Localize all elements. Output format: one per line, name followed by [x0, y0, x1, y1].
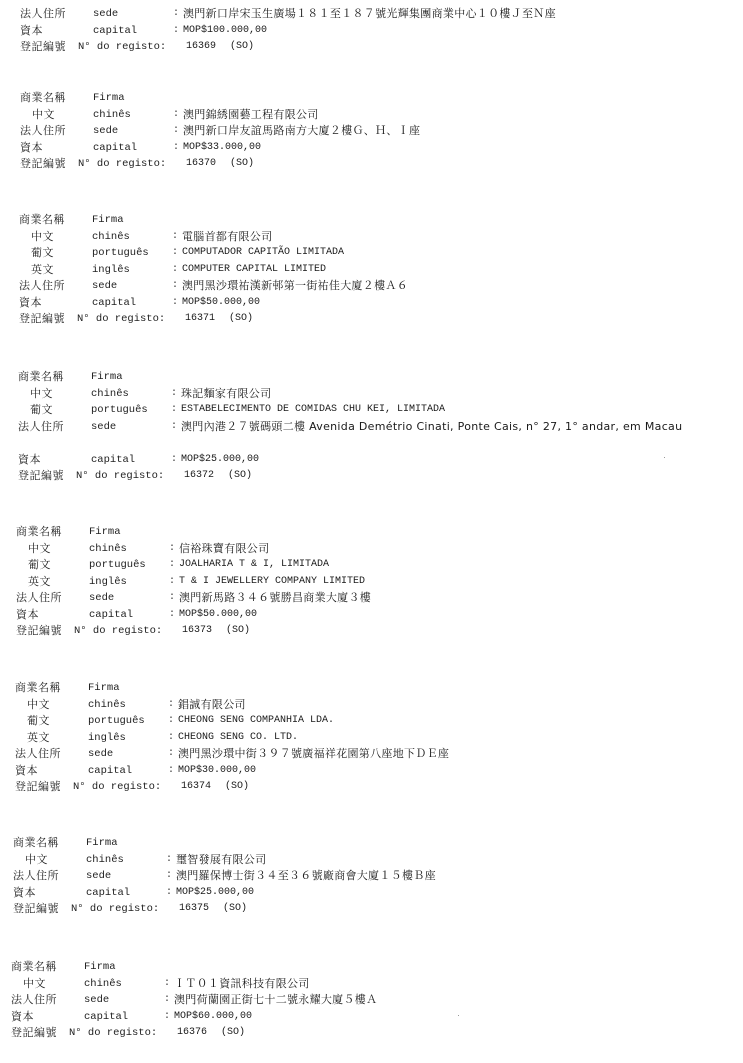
capital-value: MOP$25.000,00: [181, 452, 259, 469]
chines-label-zh: 中文: [31, 229, 54, 246]
chines-label-pt: chinês: [89, 541, 127, 558]
sede-label-zh: 法人住所: [13, 868, 59, 885]
registo-label-zh: 登記編號: [16, 623, 62, 640]
colon: :: [171, 452, 177, 469]
registo-row: 登記編號 N° do registo: 16370(SO): [20, 156, 743, 173]
firma-row: 商業名稱 Firma: [20, 90, 743, 107]
colon: :: [173, 140, 179, 157]
portugues-row: 葡文 português : JOALHARIA T & I, LIMITADA: [16, 557, 743, 574]
capital-label-zh: 資本: [19, 295, 42, 312]
registo-label-pt: N° do registo:: [74, 623, 162, 640]
registo-suffix: (SO): [225, 781, 249, 792]
colon: :: [172, 295, 178, 312]
firma-label-pt: Firma: [86, 835, 118, 852]
firma-label-zh: 商業名稱: [20, 90, 66, 107]
registo-suffix: (SO): [230, 158, 254, 169]
sede-label-pt: sede: [92, 278, 117, 295]
registo-label-pt: N° do registo:: [69, 1025, 157, 1042]
sede-value: 澳門新口岸宋玉生廣場１８１至１８７號光輝集團商業中心１０樓Ｊ至Ｎ座: [183, 6, 556, 23]
company-entry-16372: 商業名稱 Firma 中文 chinês : 珠記麵家有限公司 葡文 portu…: [18, 369, 743, 485]
sede-label-pt: sede: [93, 6, 118, 23]
portugues-label-zh: 葡文: [30, 402, 53, 419]
capital-label-zh: 資本: [16, 607, 39, 624]
registo-suffix: (SO): [221, 1027, 245, 1038]
sede-value: 澳門新口岸友誼馬路南方大廈２樓Ｇ、Ｈ、Ｉ座: [183, 123, 420, 140]
capital-label-pt: capital: [88, 763, 132, 780]
ingles-label-zh: 英文: [27, 730, 50, 747]
capital-label-pt: capital: [86, 885, 130, 902]
sede-label-pt: sede: [84, 992, 109, 1009]
colon: :: [166, 868, 172, 885]
registo-label-pt: N° do registo:: [71, 901, 159, 918]
registo-label-zh: 登記編號: [15, 779, 61, 796]
registo-label-pt: N° do registo:: [78, 39, 166, 56]
sede-label-zh: 法人住所: [20, 6, 66, 23]
firma-label-pt: Firma: [92, 212, 124, 229]
firma-label-pt: Firma: [93, 90, 125, 107]
colon: :: [173, 107, 179, 124]
ingles-label-pt: inglês: [92, 262, 130, 279]
capital-label-pt: capital: [92, 295, 136, 312]
registo-suffix: (SO): [223, 903, 247, 914]
company-entry-16373: 商業名稱 Firma 中文 chinês : 信裕珠寶有限公司 葡文 portu…: [16, 524, 743, 640]
sede-label-zh: 法人住所: [20, 123, 66, 140]
registo-number: 16371(SO): [185, 311, 253, 328]
portugues-value: COMPUTADOR CAPITÃO LIMITADA: [182, 245, 344, 262]
chines-label-zh: 中文: [32, 107, 55, 124]
colon: :: [169, 541, 175, 558]
chines-value: 信裕珠寶有限公司: [179, 541, 269, 558]
firma-label-pt: Firma: [89, 524, 121, 541]
portugues-label-zh: 葡文: [31, 245, 54, 262]
colon: :: [173, 23, 179, 40]
colon: :: [173, 6, 179, 23]
registo-row: 登記編號 N° do registo: 16375(SO): [13, 901, 743, 918]
colon: :: [171, 402, 177, 419]
capital-row: 資本 capital : MOP$50.000,00: [19, 295, 743, 312]
firma-row: 商業名稱 Firma: [11, 959, 741, 976]
registo-label-zh: 登記編號: [13, 901, 59, 918]
colon: :: [172, 262, 178, 279]
capital-value: MOP$25.000,00: [176, 885, 254, 902]
chines-row: 中文 chinês : 珠記麵家有限公司: [18, 386, 743, 403]
sede-value: 澳門新馬路３４６號勝昌商業大廈３樓: [179, 590, 371, 607]
registo-row: 登記編號 N° do registo: 16373(SO): [16, 623, 743, 640]
firma-label-pt: Firma: [84, 959, 116, 976]
registo-label-pt: N° do registo:: [76, 468, 164, 485]
portugues-row: 葡文 português : COMPUTADOR CAPITÃO LIMITA…: [19, 245, 743, 262]
colon: :: [172, 245, 178, 262]
portugues-row: 葡文 português : CHEONG SENG COMPANHIA LDA…: [15, 713, 743, 730]
registo-label-zh: 登記編號: [18, 468, 64, 485]
chines-row: 中文 chinês : 錩誠有限公司: [15, 697, 743, 714]
capital-row: 資本 capital : MOP$33.000,00: [20, 140, 743, 157]
colon: :: [164, 976, 170, 993]
portugues-label-pt: português: [91, 402, 148, 419]
ingles-label-pt: inglês: [88, 730, 126, 747]
registo-number: 16370(SO): [186, 156, 254, 173]
portugues-label-pt: português: [92, 245, 149, 262]
sede-value: 澳門內港２７號碼頭二樓 Avenida Demétrio Cinati, Pon…: [181, 419, 721, 436]
sede-row: 法人住所 sede : 澳門荷蘭園正街七十二號永耀大廈５樓Ａ: [11, 992, 741, 1009]
ingles-label-zh: 英文: [28, 574, 51, 591]
registo-label-zh: 登記編號: [11, 1025, 57, 1042]
colon: :: [168, 763, 174, 780]
registo-label-zh: 登記編號: [20, 39, 66, 56]
colon: :: [169, 590, 175, 607]
colon: :: [173, 123, 179, 140]
firma-label-zh: 商業名稱: [11, 959, 57, 976]
colon: :: [166, 852, 172, 869]
colon: :: [164, 992, 170, 1009]
portugues-row: 葡文 português : ESTABELECIMENTO DE COMIDA…: [18, 402, 743, 419]
registo-suffix: (SO): [226, 625, 250, 636]
registo-row: 登記編號 N° do registo: 16374(SO): [15, 779, 743, 796]
firma-label-zh: 商業名稱: [16, 524, 62, 541]
chines-value: 璽智發展有限公司: [176, 852, 266, 869]
ingles-value: COMPUTER CAPITAL LIMITED: [182, 262, 326, 279]
chines-label-zh: 中文: [28, 541, 51, 558]
chines-row: 中文 chinês : 信裕珠寶有限公司: [16, 541, 743, 558]
capital-value: MOP$50.000,00: [179, 607, 257, 624]
registo-label-zh: 登記編號: [20, 156, 66, 173]
firma-label-zh: 商業名稱: [15, 680, 61, 697]
firma-row: 商業名稱 Firma: [15, 680, 743, 697]
firma-label-zh: 商業名稱: [13, 835, 59, 852]
colon: :: [169, 557, 175, 574]
company-entry-16370: 商業名稱 Firma 中文 chinês : 澳門錦綉園藝工程有限公司 法人住所…: [20, 90, 743, 173]
sede-label-zh: 法人住所: [18, 419, 64, 436]
registo-number: 16376(SO): [177, 1025, 245, 1042]
registo-number: 16373(SO): [182, 623, 250, 640]
sede-value: 澳門荷蘭園正街七十二號永耀大廈５樓Ａ: [174, 992, 377, 1009]
ingles-value: CHEONG SENG CO. LTD.: [178, 730, 298, 747]
capital-label-zh: 資本: [20, 23, 43, 40]
capital-row: 資本 capital : MOP$25.000,00: [18, 452, 743, 469]
sede-row: 法人住所 sede : 澳門新馬路３４６號勝昌商業大廈３樓: [16, 590, 743, 607]
capital-label-zh: 資本: [15, 763, 38, 780]
chines-label-zh: 中文: [30, 386, 53, 403]
sede-label-pt: sede: [93, 123, 118, 140]
colon: :: [172, 229, 178, 246]
company-entry-16371: 商業名稱 Firma 中文 chinês : 電腦首都有限公司 葡文 portu…: [19, 212, 743, 328]
capital-row: 資本 capital : MOP$100.000,00: [20, 23, 743, 40]
capital-label-zh: 資本: [13, 885, 36, 902]
chines-row: 中文 chinês : 電腦首都有限公司: [19, 229, 743, 246]
scan-speck: [458, 1015, 459, 1016]
ingles-label-zh: 英文: [31, 262, 54, 279]
capital-value: MOP$33.000,00: [183, 140, 261, 157]
chines-row: 中文 chinês : 澳門錦綉園藝工程有限公司: [20, 107, 743, 124]
firma-row: 商業名稱 Firma: [19, 212, 743, 229]
sede-row: 法人住所 sede : 澳門新口岸友誼馬路南方大廈２樓Ｇ、Ｈ、Ｉ座: [20, 123, 743, 140]
chines-label-pt: chinês: [88, 697, 126, 714]
chines-label-zh: 中文: [25, 852, 48, 869]
registo-number: 16374(SO): [181, 779, 249, 796]
chines-row: 中文 chinês : ＩＴ０１資訊科技有限公司: [11, 976, 741, 993]
firma-label-zh: 商業名稱: [18, 369, 64, 386]
ingles-label-pt: inglês: [89, 574, 127, 591]
sede-label-pt: sede: [89, 590, 114, 607]
capital-value: MOP$50.000,00: [182, 295, 260, 312]
registo-number: 16372(SO): [184, 468, 252, 485]
sede-value: 澳門羅保博士街３４至３６號廠商會大廈１５樓Ｂ座: [176, 868, 436, 885]
colon: :: [169, 607, 175, 624]
capital-row: 資本 capital : MOP$50.000,00: [16, 607, 743, 624]
sede-row: 法人住所 sede : 澳門羅保博士街３４至３６號廠商會大廈１５樓Ｂ座: [13, 868, 743, 885]
chines-row: 中文 chinês : 璽智發展有限公司: [13, 852, 743, 869]
firma-label-pt: Firma: [88, 680, 120, 697]
sede-value: 澳門黑沙環祐漢新邨第一街祐佳大廈２樓Ａ６: [182, 278, 408, 295]
registo-label-pt: N° do registo:: [77, 311, 165, 328]
sede-label-zh: 法人住所: [16, 590, 62, 607]
portugues-label-pt: português: [89, 557, 146, 574]
capital-label-zh: 資本: [18, 452, 41, 469]
chines-value: ＩＴ０１資訊科技有限公司: [174, 976, 310, 993]
sede-label-zh: 法人住所: [19, 278, 65, 295]
sede-row: 法人住所 sede : 澳門新口岸宋玉生廣場１８１至１８７號光輝集團商業中心１０…: [20, 6, 743, 23]
chines-value: 電腦首都有限公司: [182, 229, 272, 246]
capital-label-pt: capital: [89, 607, 133, 624]
colon: :: [169, 574, 175, 591]
capital-label-pt: capital: [84, 1009, 128, 1026]
sede-label-pt: sede: [91, 419, 116, 436]
colon: :: [168, 713, 174, 730]
scan-speck: [664, 457, 665, 458]
sede-label-pt: sede: [88, 746, 113, 763]
chines-label-pt: chinês: [91, 386, 129, 403]
registo-number: 16375(SO): [179, 901, 247, 918]
portugues-label-zh: 葡文: [27, 713, 50, 730]
scanned-document-page: 法人住所 sede : 澳門新口岸宋玉生廣場１８１至１８７號光輝集團商業中心１０…: [0, 0, 743, 1063]
capital-row: 資本 capital : MOP$25.000,00: [13, 885, 743, 902]
registo-label-zh: 登記編號: [19, 311, 65, 328]
sede-label-pt: sede: [86, 868, 111, 885]
chines-label-zh: 中文: [23, 976, 46, 993]
capital-label-pt: capital: [93, 140, 137, 157]
sede-label-zh: 法人住所: [15, 746, 61, 763]
sede-row: 法人住所 sede : 澳門黑沙環祐漢新邨第一街祐佳大廈２樓Ａ６: [19, 278, 743, 295]
portugues-label-pt: português: [88, 713, 145, 730]
colon: :: [171, 386, 177, 403]
registo-row: 登記編號 N° do registo: 16376(SO): [11, 1025, 741, 1042]
chines-label-pt: chinês: [86, 852, 124, 869]
firma-row: 商業名稱 Firma: [18, 369, 743, 386]
chines-value: 澳門錦綉園藝工程有限公司: [183, 107, 319, 124]
chines-label-pt: chinês: [92, 229, 130, 246]
ingles-row: 英文 inglês : CHEONG SENG CO. LTD.: [15, 730, 743, 747]
company-entry-16376: 商業名稱 Firma 中文 chinês : ＩＴ０１資訊科技有限公司 法人住所…: [11, 959, 741, 1042]
portugues-value: ESTABELECIMENTO DE COMIDAS CHU KEI, LIMI…: [181, 402, 445, 419]
capital-value: MOP$30.000,00: [178, 763, 256, 780]
company-entry-16369: 法人住所 sede : 澳門新口岸宋玉生廣場１８１至１８７號光輝集團商業中心１０…: [20, 6, 743, 56]
registo-row: 登記編號 N° do registo: 16372(SO): [18, 468, 743, 485]
capital-row: 資本 capital : MOP$60.000,00: [11, 1009, 741, 1026]
firma-row: 商業名稱 Firma: [13, 835, 743, 852]
firma-label-zh: 商業名稱: [19, 212, 65, 229]
capital-label-zh: 資本: [20, 140, 43, 157]
colon: :: [166, 885, 172, 902]
capital-label-pt: capital: [93, 23, 137, 40]
chines-label-zh: 中文: [27, 697, 50, 714]
firma-row: 商業名稱 Firma: [16, 524, 743, 541]
registo-label-pt: N° do registo:: [73, 779, 161, 796]
registo-suffix: (SO): [228, 470, 252, 481]
capital-label-pt: capital: [91, 452, 135, 469]
sede-value: 澳門黑沙環中街３９７號廣福祥花園第八座地下ＤＥ座: [178, 746, 449, 763]
portugues-label-zh: 葡文: [28, 557, 51, 574]
registo-suffix: (SO): [229, 313, 253, 324]
company-entry-16374: 商業名稱 Firma 中文 chinês : 錩誠有限公司 葡文 portugu…: [15, 680, 743, 796]
colon: :: [168, 697, 174, 714]
registo-suffix: (SO): [230, 41, 254, 52]
portugues-value: JOALHARIA T & I, LIMITADA: [179, 557, 329, 574]
chines-label-pt: chinês: [84, 976, 122, 993]
company-entry-16375: 商業名稱 Firma 中文 chinês : 璽智發展有限公司 法人住所 sed…: [13, 835, 743, 918]
registo-row: 登記編號 N° do registo: 16371(SO): [19, 311, 743, 328]
capital-value: MOP$60.000,00: [174, 1009, 252, 1026]
colon: :: [171, 419, 177, 436]
registo-label-pt: N° do registo:: [78, 156, 166, 173]
ingles-row: 英文 inglês : COMPUTER CAPITAL LIMITED: [19, 262, 743, 279]
registo-number: 16369(SO): [186, 39, 254, 56]
ingles-row: 英文 inglês : T & I JEWELLERY COMPANY LIMI…: [16, 574, 743, 591]
sede-row: 法人住所 sede : 澳門黑沙環中街３９７號廣福祥花園第八座地下ＤＥ座: [15, 746, 743, 763]
colon: :: [172, 278, 178, 295]
ingles-value: T & I JEWELLERY COMPANY LIMITED: [179, 574, 365, 591]
sede-row: 法人住所 sede : 澳門內港２７號碼頭二樓 Avenida Demétrio…: [18, 419, 743, 452]
colon: :: [168, 746, 174, 763]
chines-label-pt: chinês: [93, 107, 131, 124]
colon: :: [168, 730, 174, 747]
sede-label-zh: 法人住所: [11, 992, 57, 1009]
capital-value: MOP$100.000,00: [183, 23, 267, 40]
colon: :: [164, 1009, 170, 1026]
chines-value: 珠記麵家有限公司: [181, 386, 271, 403]
firma-label-pt: Firma: [91, 369, 123, 386]
portugues-value: CHEONG SENG COMPANHIA LDA.: [178, 713, 334, 730]
registo-row: 登記編號 N° do registo: 16369(SO): [20, 39, 743, 56]
capital-row: 資本 capital : MOP$30.000,00: [15, 763, 743, 780]
chines-value: 錩誠有限公司: [178, 697, 246, 714]
capital-label-zh: 資本: [11, 1009, 34, 1026]
